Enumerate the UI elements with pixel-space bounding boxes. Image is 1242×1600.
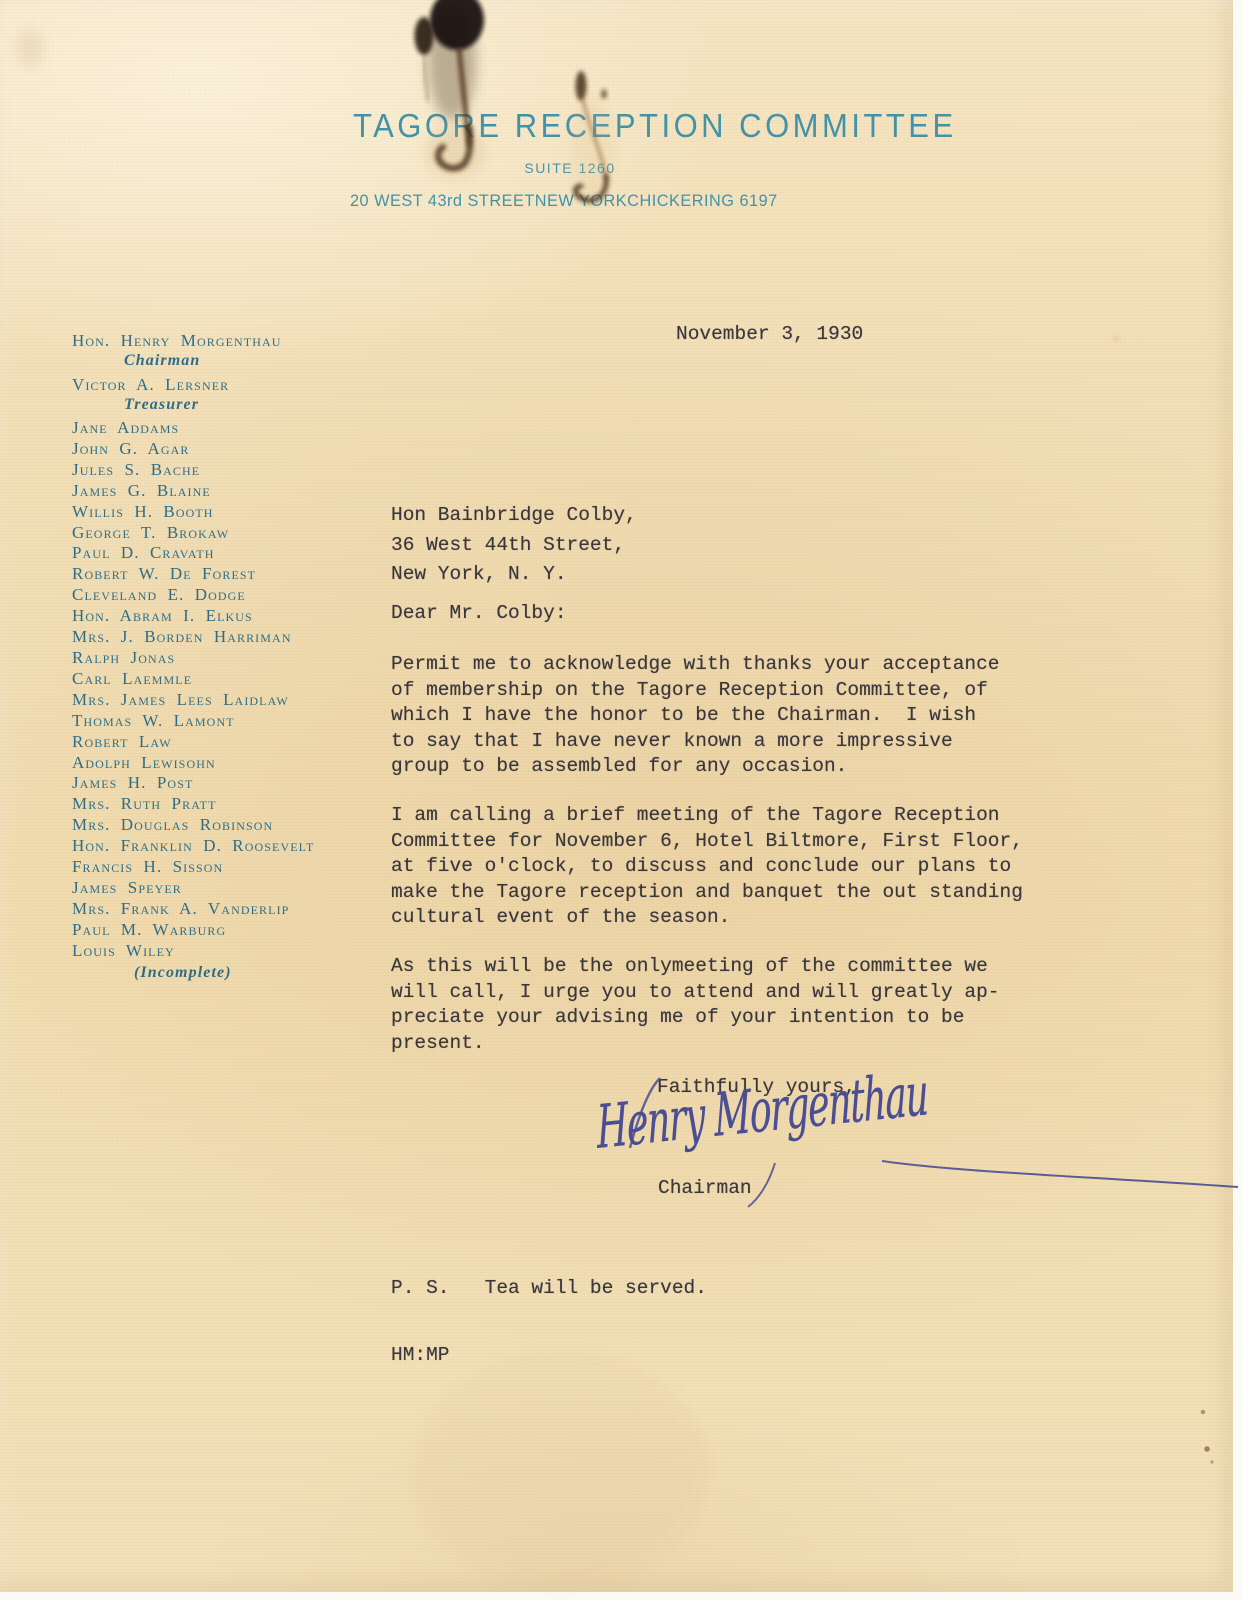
letterhead-address-row: 20 WEST 43rd STREET NEW YORK CHICKERING … bbox=[350, 191, 777, 211]
letter-date: November 3, 1930 bbox=[676, 322, 863, 348]
committee-member-list: Jane AddamsJohn G. AgarJules S. BacheJam… bbox=[72, 418, 372, 962]
committee-member: Willis H. Booth bbox=[72, 502, 372, 523]
scanned-letter-page: { "colors": { "letterhead_accent": "#429… bbox=[0, 0, 1242, 1600]
committee-member: Mrs. James Lees Laidlaw bbox=[72, 690, 372, 711]
letterhead-phone: CHICKERING 6197 bbox=[627, 191, 778, 211]
salutation: Dear Mr. Colby: bbox=[391, 601, 567, 627]
letterhead-suite: SUITE 1260 bbox=[500, 160, 640, 176]
committee-officer-name: Victor A. Lersner bbox=[72, 374, 372, 395]
committee-member: Hon. Abram I. Elkus bbox=[72, 606, 372, 627]
letterhead-title: TAGORE RECEPTION COMMITTEE bbox=[353, 107, 785, 146]
committee-member: James Speyer bbox=[72, 878, 372, 899]
committee-member: James H. Post bbox=[72, 773, 372, 794]
committee-member: Paul M. Warburg bbox=[72, 920, 372, 941]
committee-member: James G. Blaine bbox=[72, 481, 372, 502]
body-paragraph: I am calling a brief meeting of the Tago… bbox=[391, 803, 1023, 931]
committee-member: Mrs. Frank A. Vanderlip bbox=[72, 899, 372, 920]
body-paragraph: Permit me to acknowledge with thanks you… bbox=[391, 652, 1000, 780]
body-paragraph: As this will be the onlymeeting of the c… bbox=[391, 954, 1000, 1056]
committee-member: Jane Addams bbox=[72, 418, 372, 439]
committee-member: Thomas W. Lamont bbox=[72, 711, 372, 732]
committee-member: Louis Wiley bbox=[72, 941, 372, 962]
signature-title: Chairman bbox=[658, 1176, 752, 1202]
committee-member: Ralph Jonas bbox=[72, 648, 372, 669]
committee-member: Hon. Franklin D. Roosevelt bbox=[72, 836, 372, 857]
committee-officer-title: Chairman bbox=[72, 351, 372, 370]
committee-member: Robert W. De Forest bbox=[72, 564, 372, 585]
committee-member: Jules S. Bache bbox=[72, 460, 372, 481]
committee-member: Mrs. Douglas Robinson bbox=[72, 815, 372, 836]
postscript: P. S. Tea will be served. bbox=[391, 1276, 707, 1302]
letterhead-street: 20 WEST 43rd STREET bbox=[350, 191, 535, 211]
committee-member: Paul D. Cravath bbox=[72, 543, 372, 564]
recipient-address: Hon Bainbridge Colby, 36 West 44th Stree… bbox=[391, 501, 637, 590]
committee-member: John G. Agar bbox=[72, 439, 372, 460]
committee-member: Mrs. J. Borden Harriman bbox=[72, 627, 372, 648]
committee-member: Carl Laemmle bbox=[72, 669, 372, 690]
committee-member: Adolph Lewisohn bbox=[72, 753, 372, 774]
committee-roster: Hon. Henry Morgenthau Chairman Victor A.… bbox=[72, 330, 372, 984]
committee-officer-name: Hon. Henry Morgenthau bbox=[72, 330, 372, 351]
committee-member: Francis H. Sisson bbox=[72, 857, 372, 878]
committee-member: Mrs. Ruth Pratt bbox=[72, 794, 372, 815]
committee-member: Cleveland E. Dodge bbox=[72, 585, 372, 606]
typist-reference: HM:MP bbox=[391, 1343, 450, 1369]
letterhead-city: NEW YORK bbox=[535, 191, 627, 211]
committee-officer-title: Treasurer bbox=[72, 395, 372, 414]
committee-member: Robert Law bbox=[72, 732, 372, 753]
committee-footnote: (Incomplete) bbox=[72, 962, 372, 984]
committee-member: George T. Brokaw bbox=[72, 523, 372, 544]
